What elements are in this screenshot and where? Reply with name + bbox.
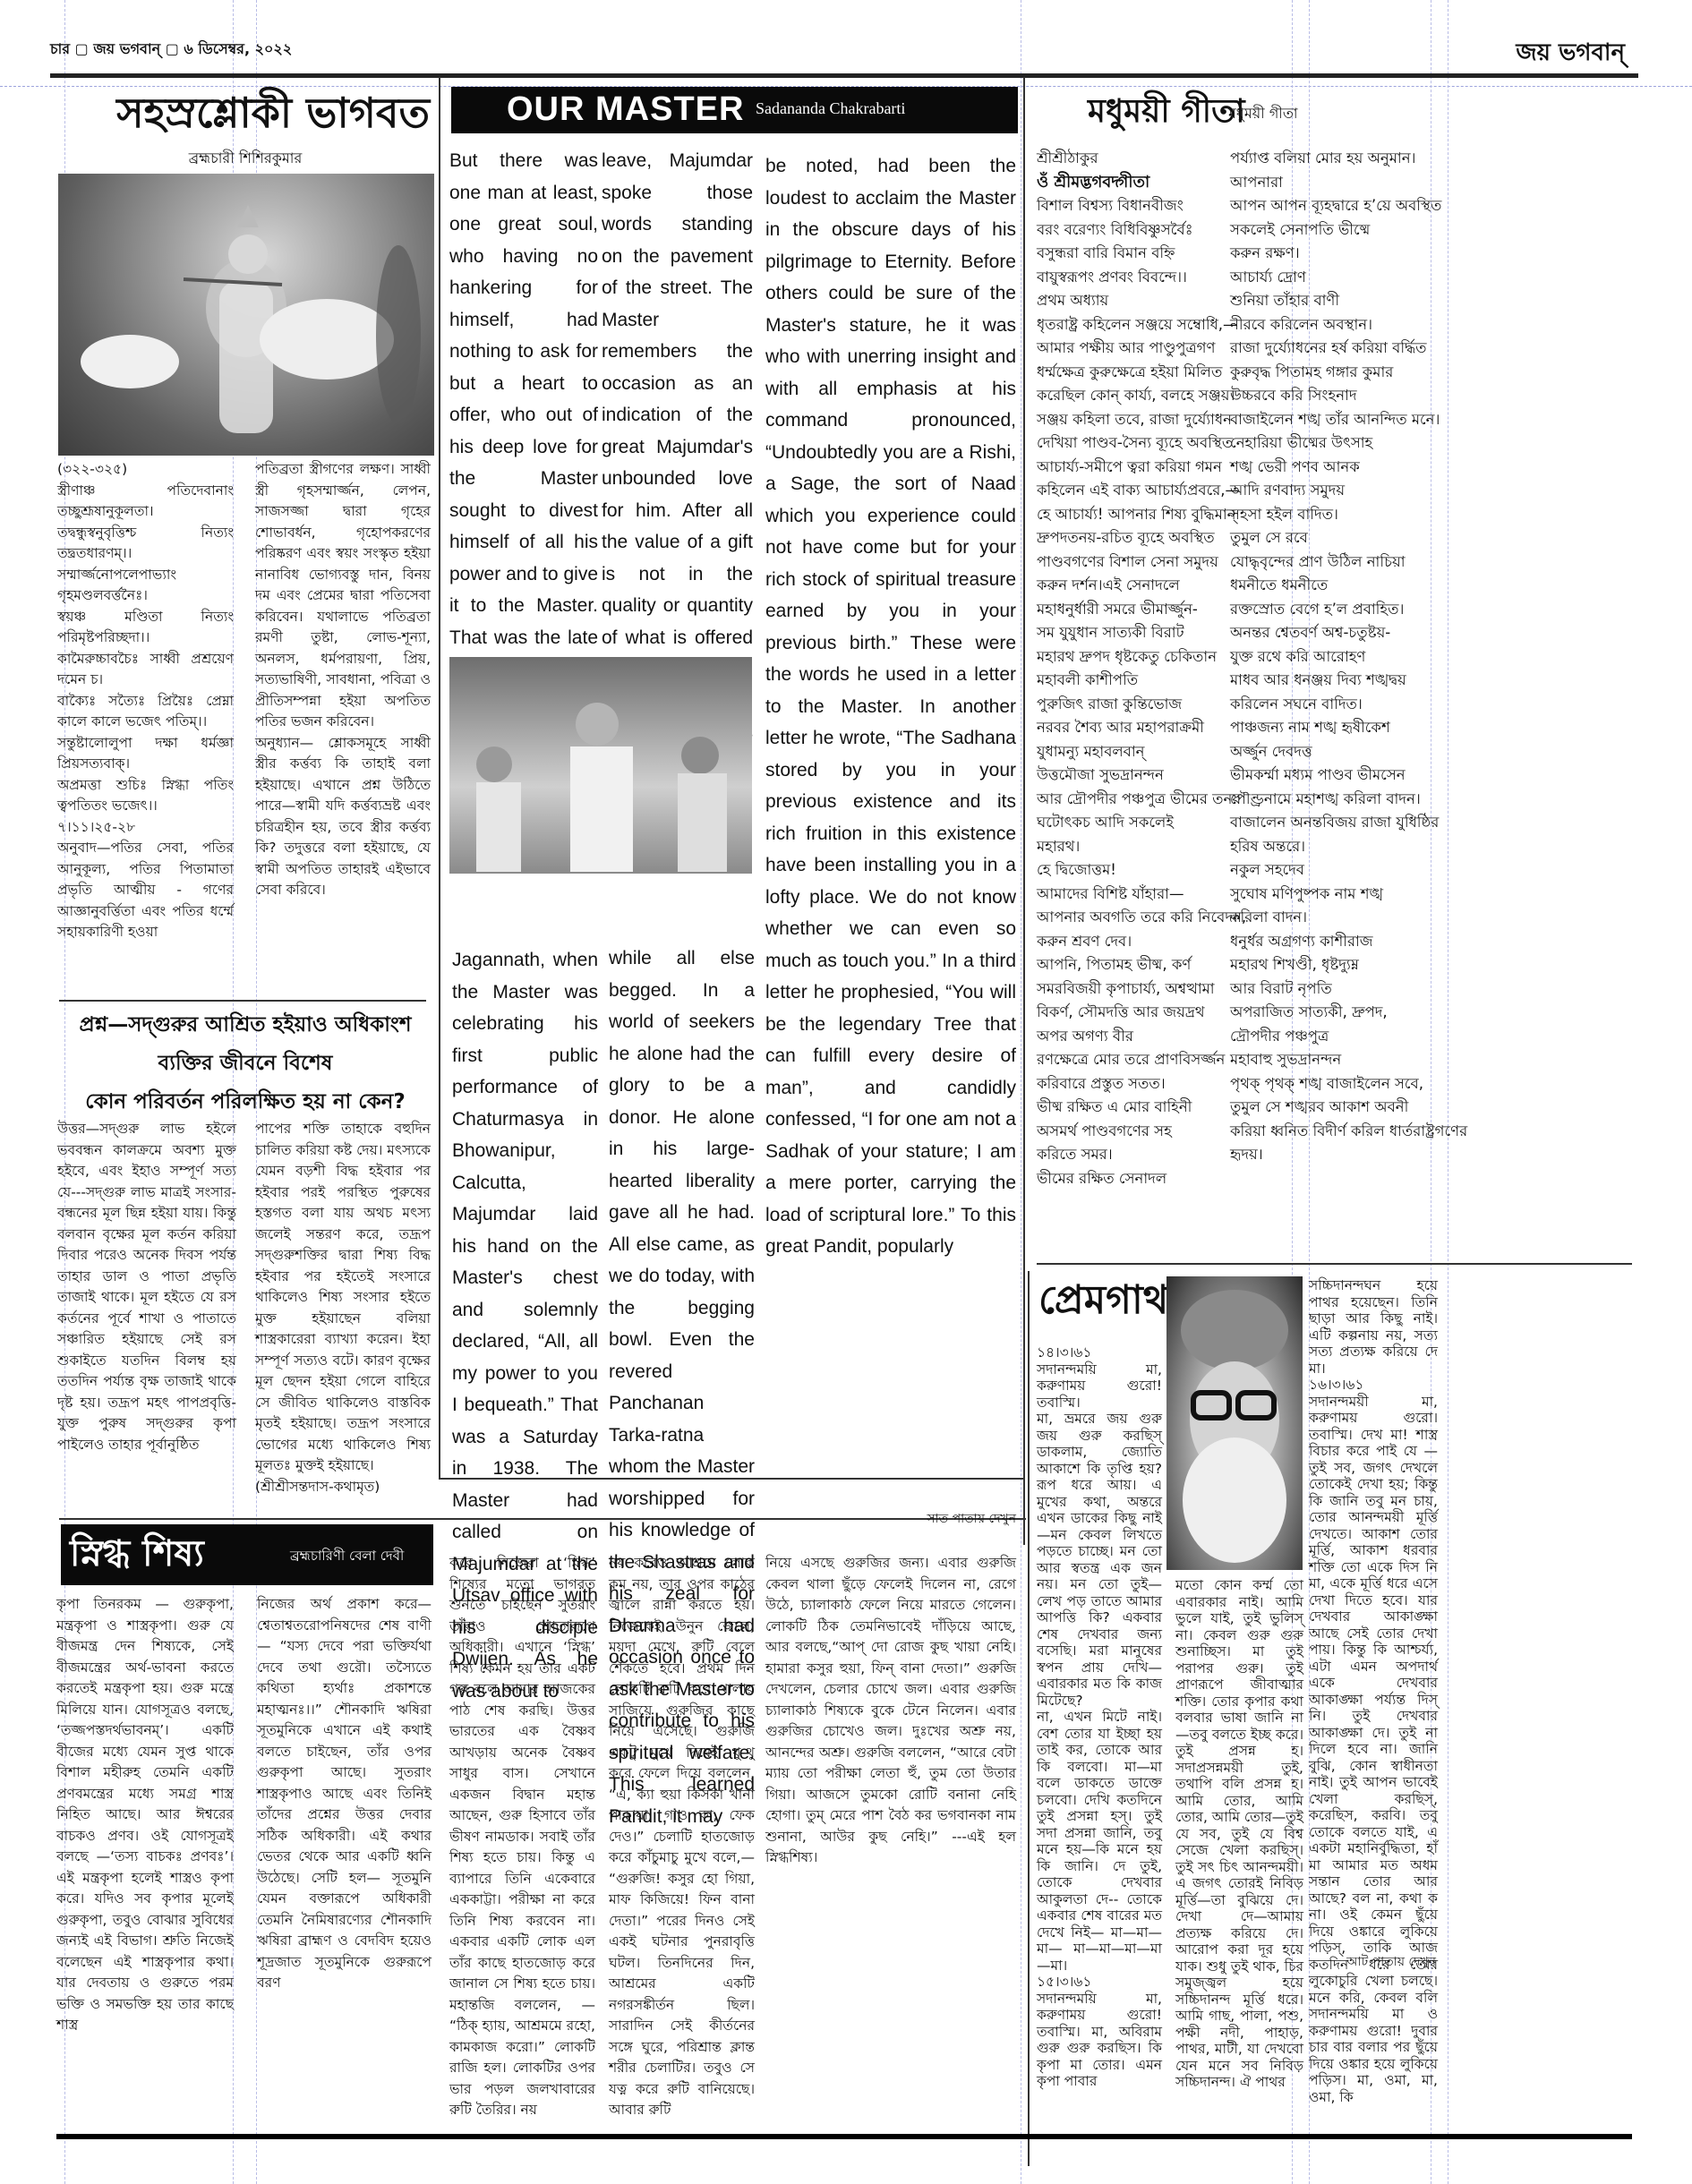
section-rule [59,1000,426,1002]
article-column: (৩২২-৩২৫) স্ত্রীণাঞ্চ পতিদেবানাং তচ্ছুশ্… [57,459,234,943]
article-title: প্রেমগাথা [1038,1273,1180,1328]
masthead-rule [50,73,1638,78]
column-divider [439,77,440,1478]
verse-column: পর্য্যাপ্ত বলিয়া মোর হয় অনুমান। আপনারা… [1230,147,1427,1167]
article-header-band: স্নিগ্ধ শিষ্য ব্রহ্মচারিণী বেলা দেবী [61,1524,433,1585]
three-men-photo-icon [449,657,752,874]
article-column: মতো কোন কর্ম্ম তো এবারকার নাই। আমি ভুলে … [1175,1577,1303,2091]
article-column: করে নিজেরা ‘স্নিগ্ধ’ শিষ্যের মতো ভাগবত শ… [449,1553,595,2121]
page-bottom-rule [56,2134,1632,2139]
article-column: নয় করেও আশ্রমে লোক কম নয়, তার ওপর কাঠে… [609,1553,755,2121]
krishna-image [58,174,434,456]
article-title: মধুময়ী গীতা [1088,88,1245,136]
source-attribution: (শ্রীশ্রীসন্তদাস-কথামৃত) [255,1477,431,1498]
article-column: কৃপা তিনরকম — গুরুকৃপা, মন্ত্রকৃপা ও শাস… [56,1594,234,2036]
sage-portrait-icon [1166,1276,1303,1570]
krishna-illustration-icon [58,174,434,456]
article-author: ব্রহ্মচারিণী বেলা দেবী [290,1546,404,1568]
continued-link[interactable]: সাত পাতায় দেখুন [824,1508,1016,1530]
article-column: উত্তর—সদ্গুরু লাভ হইলে ভববন্ধন কালক্রমে … [57,1119,236,1455]
newspaper-name: জয় ভগবান্ [1516,34,1625,73]
article-column: be noted, had been the loudest to acclai… [765,150,1016,1263]
article-column: সচ্চিদানন্দঘন হয়ে পাথর হয়েছেন। তিনি ছা… [1309,1277,1438,2105]
article-column: পাপের শক্তি তাহাকে বহুদিন চালিত করিয়া ক… [255,1119,431,1497]
master-group-photo [449,657,752,874]
article-column: পতিব্রতা স্ত্রীগণের লক্ষণ। সাধ্বী স্ত্রী… [255,459,431,901]
article-author: Sadananda Chakrabarti [756,99,905,118]
column-divider [1023,77,1025,1545]
page-folio: চার ▢ জয় ভগবান্ ▢ ৬ ডিসেম্বর, ২০২২ [50,38,292,62]
article-title: সহস্রশ্লোকী ভাগবত [54,86,430,140]
layout-guide [1021,0,1021,2184]
sage-portrait-photo [1166,1276,1303,1570]
article-subtitle: মধুময়ী গীতা [1228,102,1298,126]
article-column: নিজের অর্থ প্রকাশ করে— শ্বেতাশ্বতরোপনিষদ… [257,1594,432,1994]
article-title: প্রশ্ন—সদ্গুরুর আশ্রিত হইয়াও অধিকাংশ ব্… [57,1006,433,1122]
layout-guide [1448,0,1448,2184]
article-column: নিয়ে এসছে গুরুজির জন্য। এবার গুরুজি কেব… [765,1553,1016,1869]
article-title: স্নিগ্ধ শিষ্য [70,1528,204,1580]
continued-link[interactable]: আট পাতায় দেখুন [1309,1951,1436,1973]
verse-column: শ্রীশ্রীঠাকুর ওঁ শ্রীমদ্ভগবদ্গীতা বিশাল … [1037,147,1216,1190]
article-title: OUR MASTER [507,90,744,129]
column-divider [1028,1271,1030,2166]
section-rule [1037,1263,1632,1265]
article-column: ১৪।৩।৬১ সদানন্দময়ি মা, করুণাময় গুরো! ত… [1037,1344,1162,2090]
article-header-band: OUR MASTER Sadananda Chakrabarti [451,87,1018,133]
article-author: ব্রহ্মচারী শিশিরকুমার [57,147,433,171]
